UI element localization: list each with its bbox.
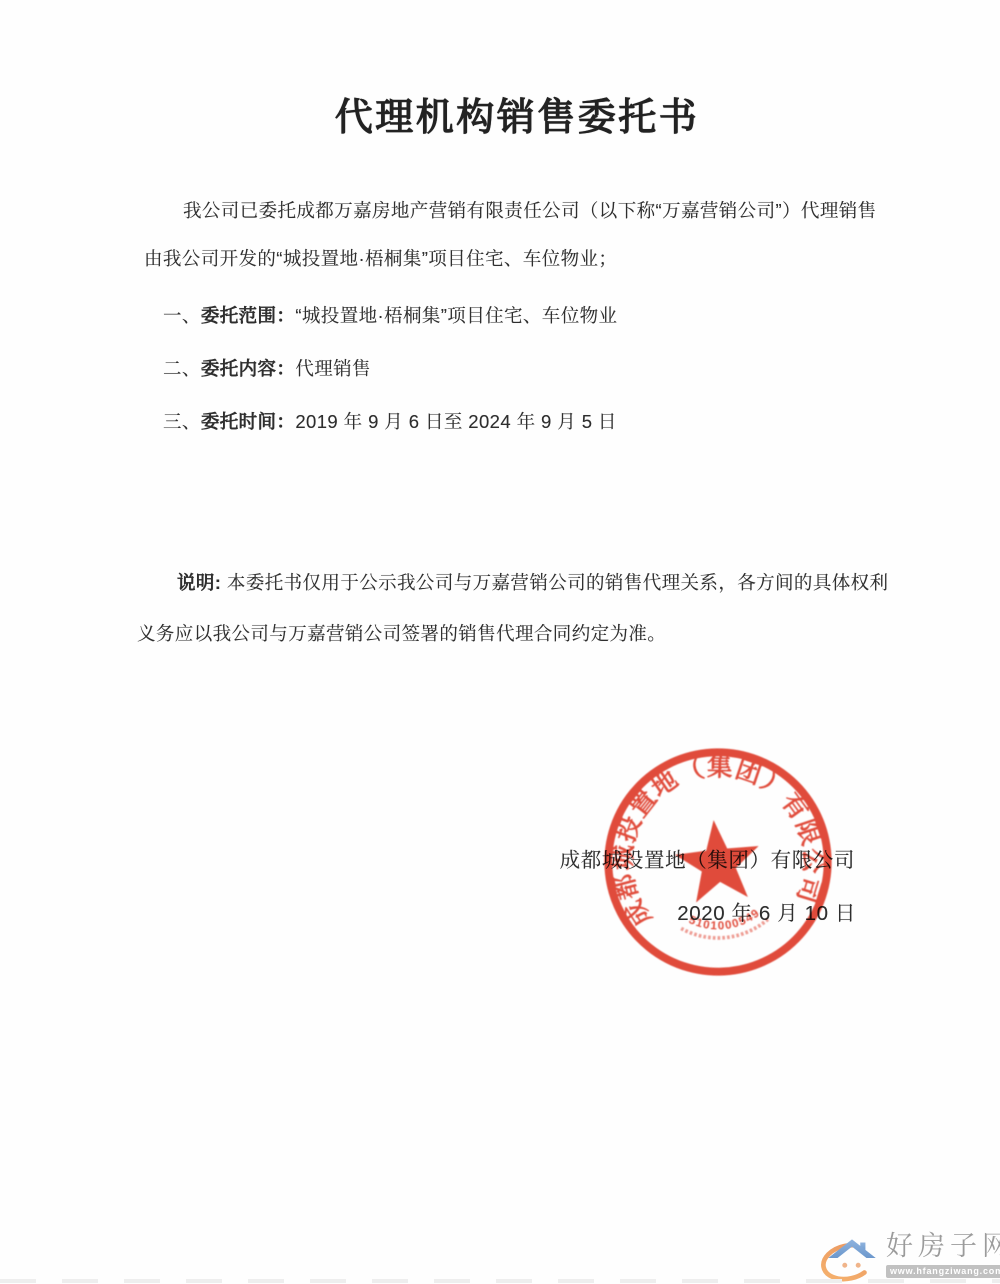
- watermark-site-name: 好房子网: [886, 1233, 1000, 1261]
- entrust-content-line: 二、委托内容：代理销售: [163, 355, 371, 381]
- item-value: 2019 年 9 月 6 日至 2024 年 9 月 5 日: [295, 411, 617, 432]
- item-label: 委托时间：: [201, 411, 296, 432]
- item-label: 委托范围：: [201, 305, 296, 326]
- intro-paragraph-line-1: 我公司已委托成都万嘉房地产营销有限责任公司（以下称“万嘉营销公司”）代理销售: [183, 197, 877, 223]
- note-label: 说明:: [177, 572, 221, 593]
- item-label: 委托内容：: [201, 358, 296, 379]
- site-watermark: 好房子网 www.hfangziwang.com: [820, 1233, 1000, 1283]
- item-index: 一、: [163, 305, 201, 326]
- item-index: 二、: [163, 358, 201, 379]
- document-title: 代理机构销售委托书: [0, 86, 1000, 141]
- house-logo-icon: [820, 1233, 884, 1283]
- note-line-1: 说明: 本委托书仅用于公示我公司与万嘉营销公司的销售代理关系，各方间的具体权利: [177, 569, 888, 595]
- intro-paragraph-line-2: 由我公司开发的“城投置地·梧桐集”项目住宅、车位物业；: [144, 245, 617, 271]
- note-line-2: 义务应以我公司与万嘉营销公司签署的销售代理合同约定为准。: [137, 620, 666, 646]
- item-value: 代理销售: [295, 358, 371, 379]
- item-value: “城投置地·梧桐集”项目住宅、车位物业: [295, 305, 617, 326]
- entrust-period-line: 三、委托时间：2019 年 9 月 6 日至 2024 年 9 月 5 日: [163, 408, 617, 434]
- item-index: 三、: [163, 411, 201, 432]
- signature-company-name: 成都城投置地（集团）有限公司: [560, 843, 855, 873]
- signature-date: 2020 年 6 月 10 日: [677, 896, 856, 926]
- note-text: 本委托书仅用于公示我公司与万嘉营销公司的销售代理关系，各方间的具体权利: [227, 572, 889, 593]
- entrust-scope-line: 一、委托范围：“城投置地·梧桐集”项目住宅、车位物业: [163, 302, 617, 328]
- scan-edge-artifact: [0, 1279, 1000, 1283]
- watermark-site-url: www.hfangziwang.com: [886, 1265, 1000, 1278]
- scanned-document-page: 代理机构销售委托书 我公司已委托成都万嘉房地产营销有限责任公司（以下称“万嘉营销…: [0, 0, 1000, 1284]
